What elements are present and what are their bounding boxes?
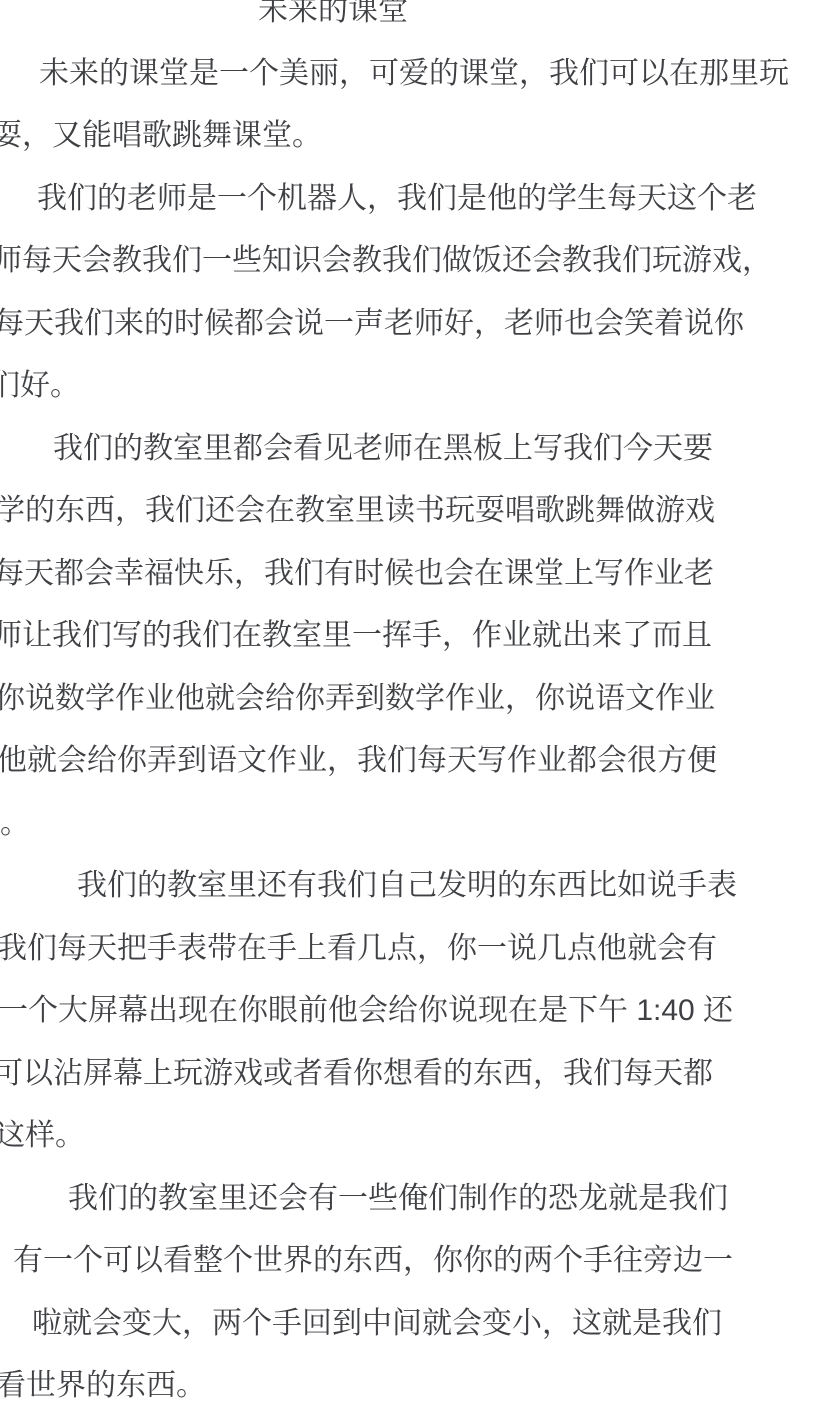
- text-line: 我们每天把手表带在手上看几点，你一说几点他就会有: [0, 933, 717, 965]
- text-line: 我们的老师是一个机器人，我们是他的学生每天这个老: [37, 183, 757, 215]
- text-line: 我们的教室里都会看见老师在黑板上写我们今天要: [53, 433, 713, 465]
- text-line: 可以沾屏幕上玩游戏或者看你想看的东西，我们每天都: [0, 1058, 713, 1090]
- text-line: 师每天会教我们一些知识会教我们做饭还会教我们玩游戏，: [0, 245, 772, 277]
- text-line: 未来的课堂是一个美丽，可爱的课堂，我们可以在那里玩: [39, 58, 789, 90]
- text-line: 们好。: [0, 370, 80, 402]
- text-line: 每天我们来的时候都会说一声老师好，老师也会笑着说你: [0, 308, 744, 340]
- document-title: 未来的课堂: [258, 0, 408, 27]
- text-line: 有一个可以看整个世界的东西，你你的两个手往旁边一: [13, 1245, 733, 1277]
- document-page: 未来的课堂未来的课堂是一个美丽，可爱的课堂，我们可以在那里玩耍，又能唱歌跳舞课堂…: [0, 0, 816, 1414]
- text-line: 我们的教室里还会有一些俺们制作的恐龙就是我们: [68, 1183, 728, 1215]
- text-line: 。: [0, 808, 30, 840]
- text-line: 师让我们写的我们在教室里一挥手，作业就出来了而且: [0, 620, 712, 652]
- text-line: 你说数学作业他就会给你弄到数学作业，你说语文作业: [0, 683, 715, 715]
- text-line: 学的东西，我们还会在教室里读书玩耍唱歌跳舞做游戏: [0, 495, 715, 527]
- text-line: 耍，又能唱歌跳舞课堂。: [0, 120, 322, 152]
- text-line: 他就会给你弄到语文作业，我们每天写作业都会很方便: [0, 745, 717, 777]
- text-line: 看世界的东西。: [0, 1370, 206, 1402]
- text-line: 我们的教室里还有我们自己发明的东西比如说手表: [77, 870, 737, 902]
- text-line: 一个大屏幕出现在你眼前他会给你说现在是下午 1:40 还: [0, 995, 733, 1027]
- text-line: 每天都会幸福快乐，我们有时候也会在课堂上写作业老: [0, 558, 714, 590]
- text-line: 这样。: [0, 1120, 85, 1152]
- text-line: 啦就会变大，两个手回到中间就会变小，这就是我们: [32, 1308, 722, 1340]
